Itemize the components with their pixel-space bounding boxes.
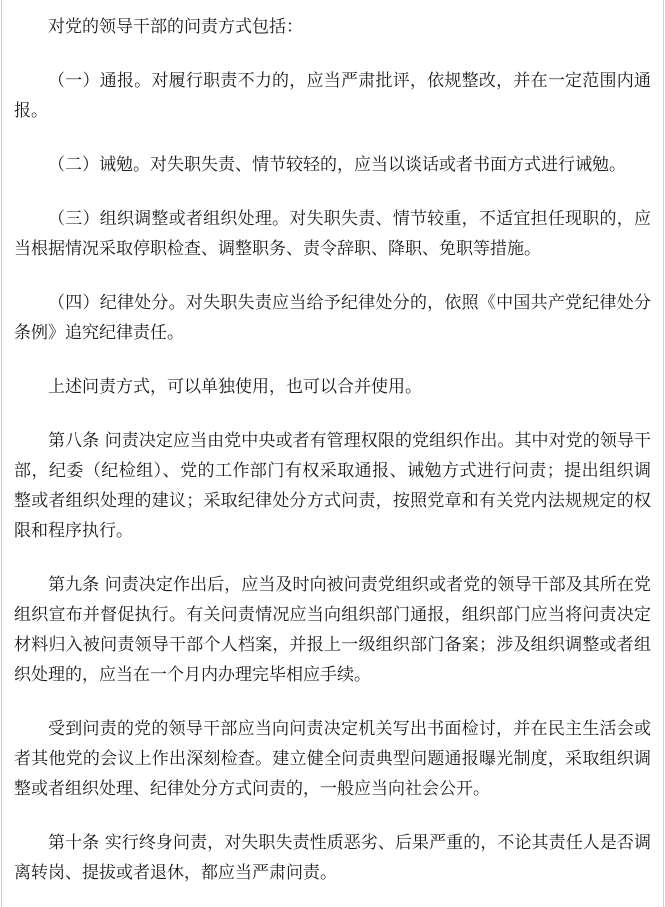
paragraph: 对党的领导干部的问责方式包括： [14, 12, 651, 42]
document-body: 对党的领导干部的问责方式包括：（一）通报。对履行职责不力的，应当严肃批评，依规整… [14, 12, 651, 888]
paragraph: 上述问责方式，可以单独使用，也可以合并使用。 [14, 372, 651, 402]
paragraph: （二）诫勉。对失职失责、情节较轻的，应当以谈话或者书面方式进行诫勉。 [14, 150, 651, 180]
paragraph: （一）通报。对履行职责不力的，应当严肃批评，依规整改，并在一定范围内通报。 [14, 66, 651, 126]
article-page: 对党的领导干部的问责方式包括：（一）通报。对履行职责不力的，应当严肃批评，依规整… [1, 0, 664, 907]
paragraph: 第八条 问责决定应当由党中央或者有管理权限的党组织作出。其中对党的领导干部，纪委… [14, 426, 651, 546]
paragraph: （四）纪律处分。对失职失责应当给予纪律处分的，依照《中国共产党纪律处分条例》追究… [14, 288, 651, 348]
paragraph: 受到问责的党的领导干部应当向问责决定机关写出书面检讨，并在民主生活会或者其他党的… [14, 714, 651, 804]
paragraph: 第十条 实行终身问责，对失职失责性质恶劣、后果严重的，不论其责任人是否调离转岗、… [14, 828, 651, 888]
paragraph: （三）组织调整或者组织处理。对失职失责、情节较重，不适宜担任现职的，应当根据情况… [14, 204, 651, 264]
paragraph: 第九条 问责决定作出后，应当及时向被问责党组织或者党的领导干部及其所在党组织宣布… [14, 570, 651, 690]
